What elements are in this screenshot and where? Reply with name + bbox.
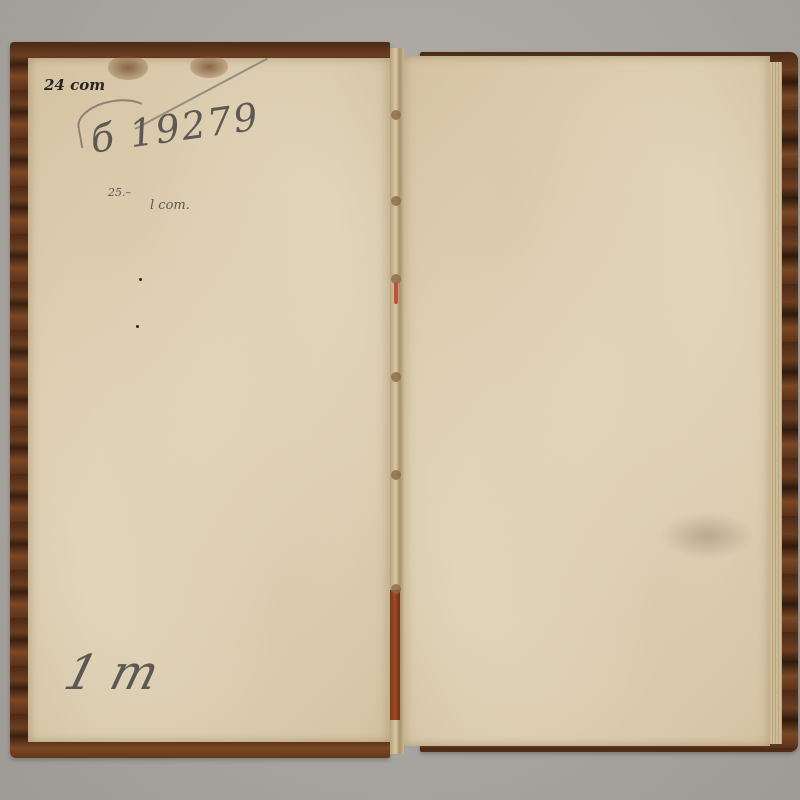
left-endpaper: [28, 58, 392, 742]
right-endpaper: [400, 56, 770, 746]
ink-speck: [136, 325, 139, 328]
price-note: 25.–: [108, 186, 131, 199]
spine-exposed-leather: [390, 590, 400, 720]
small-note: l com.: [150, 198, 190, 213]
bottom-scrawl: 1 m: [58, 645, 164, 701]
water-stain: [190, 56, 228, 78]
binding-knot: [391, 372, 401, 382]
grey-smudge: [660, 512, 755, 560]
binding-knot: [391, 274, 401, 284]
binding-knot: [391, 470, 401, 480]
ink-speck: [139, 278, 142, 281]
binding-knot: [391, 110, 401, 120]
top-ink-note: 24 com: [44, 76, 105, 94]
binding-knot: [391, 196, 401, 206]
page-fore-edges: [770, 62, 782, 744]
binding-knot: [391, 584, 401, 594]
red-thread-stitch: [394, 282, 398, 304]
water-stain: [108, 56, 148, 80]
